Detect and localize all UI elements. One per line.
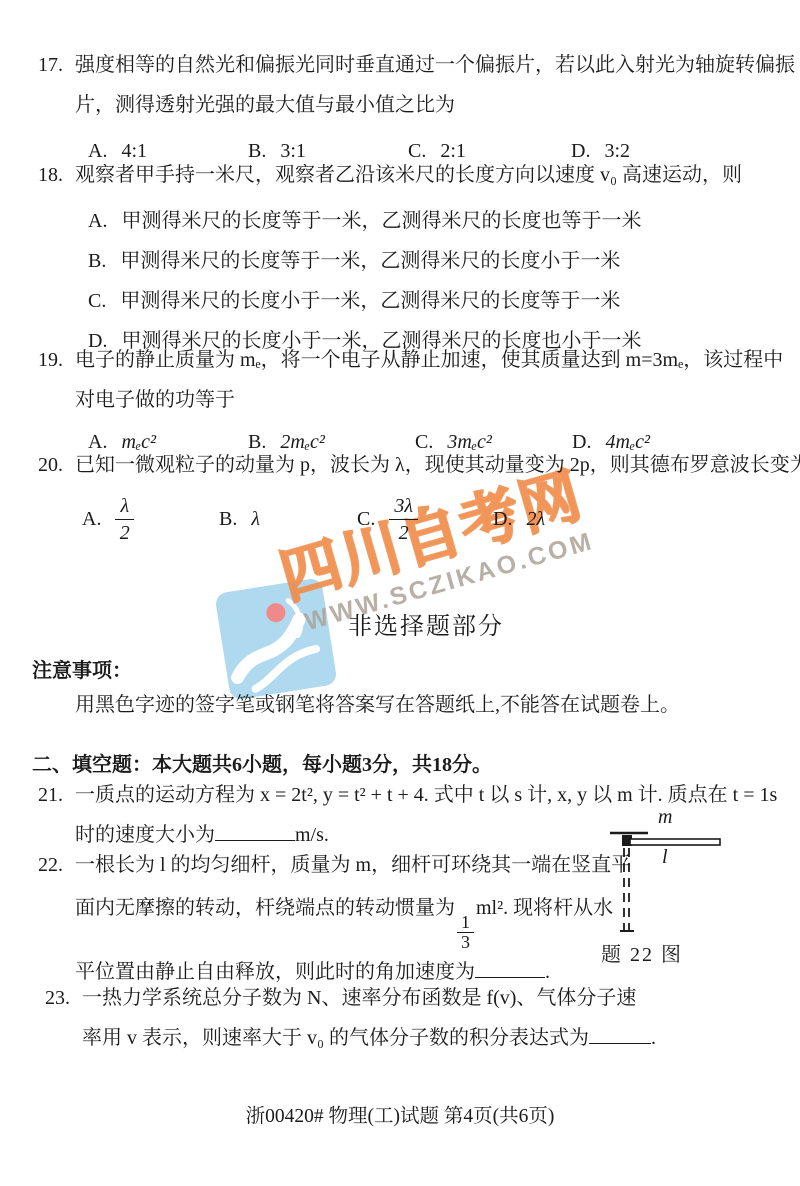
question-text-line: 电子的静止质量为 mₑ，将一个电子从静止加速，使其质量达到 m=3mₑ，该过程中 xyxy=(75,340,783,380)
option-label: A. xyxy=(88,201,107,241)
figure-label-length: l xyxy=(662,846,668,869)
text-before-blank: 率用 v 表示，则速率大于 v₀ 的气体分子数的积分表达式为 xyxy=(82,1027,589,1049)
figure-22-caption: 题 22 图 xyxy=(601,938,683,967)
figure-22-rod-diagram: m l xyxy=(598,818,738,938)
question-23: 23. 一热力学系统总分子数为 N、速率分布函数是 f(v)、气体分子速 率用 … xyxy=(45,978,769,1058)
option-b: B. λ xyxy=(219,499,357,539)
option-value: 甲测得米尺的长度小于一米，乙测得米尺的长度等于一米 xyxy=(120,281,620,321)
question-20: 20. 已知一微观粒子的动量为 p，波长为 λ，现使其动量变为 2p，则其德布罗… xyxy=(38,445,762,551)
option-label: C. xyxy=(357,499,375,539)
question-number: 22. xyxy=(38,845,75,992)
page-footer: 浙00420# 物理(工)试题 第4页(共6页) xyxy=(0,1100,800,1128)
text-after-blank: m/s. xyxy=(295,824,329,846)
fraction: λ 2 xyxy=(115,494,134,545)
figure-label-mass: m xyxy=(658,806,672,829)
question-number: 18. xyxy=(38,155,75,195)
option-d: D. 2λ xyxy=(493,499,762,539)
question-text-line: 强度相等的自然光和偏振光同时垂直通过一个偏振片，若以此入射光为轴旋转偏振 xyxy=(75,45,795,85)
question-text-line: 对电子做的功等于 xyxy=(75,380,783,420)
question-18: 18. 观察者甲手持一米尺，观察者乙沿该米尺的长度方向以速度 v₀ 高速运动，则… xyxy=(38,155,762,361)
fraction: 13 xyxy=(457,913,474,952)
question-17: 17. 强度相等的自然光和偏振光同时垂直通过一个偏振片，若以此入射光为轴旋转偏振… xyxy=(38,45,762,171)
question-text-line: 一热力学系统总分子数为 N、速率分布函数是 f(v)、气体分子速 xyxy=(82,978,769,1018)
text-after-blank: . xyxy=(651,1027,656,1049)
section-title: 非选择题部分 xyxy=(348,606,504,641)
question-text-line: 片，测得透射光强的最大值与最小值之比为 xyxy=(75,85,795,125)
option-label: B. xyxy=(219,499,237,539)
notice-text: 用黑色字迹的签字笔或钢笔将答案写在答题纸上,不能答在试题卷上。 xyxy=(75,688,680,717)
fraction-denominator: 3 xyxy=(461,933,470,952)
fraction: 3λ 2 xyxy=(389,494,418,545)
question-number: 19. xyxy=(38,340,75,420)
option-label: C. xyxy=(88,281,106,321)
fraction-numerator: 3λ xyxy=(389,494,418,520)
exam-page: 四川自考网 WWW.SCZIKAO.COM 17. 强度相等的自然光和偏振光同时… xyxy=(0,0,800,1186)
text-before-fraction: 面内无摩擦的转动，杆绕端点的转动惯量为 xyxy=(75,897,455,919)
text-before-blank: 时的速度大小为 xyxy=(75,824,215,846)
question-text-line: 已知一微观粒子的动量为 p，波长为 λ，现使其动量变为 2p，则其德布罗意波长变… xyxy=(75,445,800,485)
question-text-line: 一根长为 l 的均匀细杆，质量为 m，细杆可环绕其一端在竖直平 xyxy=(75,845,595,885)
text-after-fraction: ml². 现将杆从水 xyxy=(476,897,613,919)
fraction-numerator: 1 xyxy=(457,913,474,933)
fraction-denominator: 2 xyxy=(399,520,409,545)
question-text-line: 面内无摩擦的转动，杆绕端点的转动惯量为13ml². 现将杆从水 xyxy=(75,885,595,952)
options-list: A.甲测得米尺的长度等于一米，乙测得米尺的长度也等于一米 B.甲测得米尺的长度等… xyxy=(38,201,762,361)
option-a: A. λ 2 xyxy=(82,494,219,545)
answer-blank-line xyxy=(589,1025,651,1044)
question-text-line: 观察者甲手持一米尺，观察者乙沿该米尺的长度方向以速度 v₀ 高速运动，则 xyxy=(75,155,762,195)
option-c: C. 3λ 2 xyxy=(357,494,493,545)
fraction-numerator: λ xyxy=(115,494,134,520)
notice-label: 注意事项： xyxy=(32,654,132,683)
answer-blank-line xyxy=(475,959,545,978)
question-number: 21. xyxy=(38,775,75,855)
question-number: 17. xyxy=(38,45,75,125)
option-label: B. xyxy=(88,241,106,281)
question-number: 20. xyxy=(38,445,75,485)
question-19: 19. 电子的静止质量为 mₑ，将一个电子从静止加速，使其质量达到 m=3mₑ，… xyxy=(38,340,762,462)
option-c: C.甲测得米尺的长度小于一米，乙测得米尺的长度等于一米 xyxy=(88,281,762,321)
option-value: 2λ xyxy=(526,499,545,539)
question-number: 23. xyxy=(45,978,82,1058)
option-value: λ xyxy=(251,499,260,539)
answer-blank-line xyxy=(215,822,295,841)
option-label: A. xyxy=(82,499,101,539)
option-label: D. xyxy=(493,499,512,539)
question-text-line: 率用 v 表示，则速率大于 v₀ 的气体分子数的积分表达式为. xyxy=(82,1018,769,1058)
option-b: B.甲测得米尺的长度等于一米，乙测得米尺的长度小于一米 xyxy=(88,241,762,281)
option-a: A.甲测得米尺的长度等于一米，乙测得米尺的长度也等于一米 xyxy=(88,201,762,241)
fraction-denominator: 2 xyxy=(120,520,130,545)
option-value: 甲测得米尺的长度等于一米，乙测得米尺的长度也等于一米 xyxy=(121,201,641,241)
fill-in-section-header: 二、填空题：本大题共6小题，每小题3分，共18分。 xyxy=(32,748,492,777)
options-row: A. λ 2 B. λ C. 3λ 2 D. 2λ xyxy=(38,487,762,551)
option-value: 甲测得米尺的长度等于一米，乙测得米尺的长度小于一米 xyxy=(120,241,620,281)
